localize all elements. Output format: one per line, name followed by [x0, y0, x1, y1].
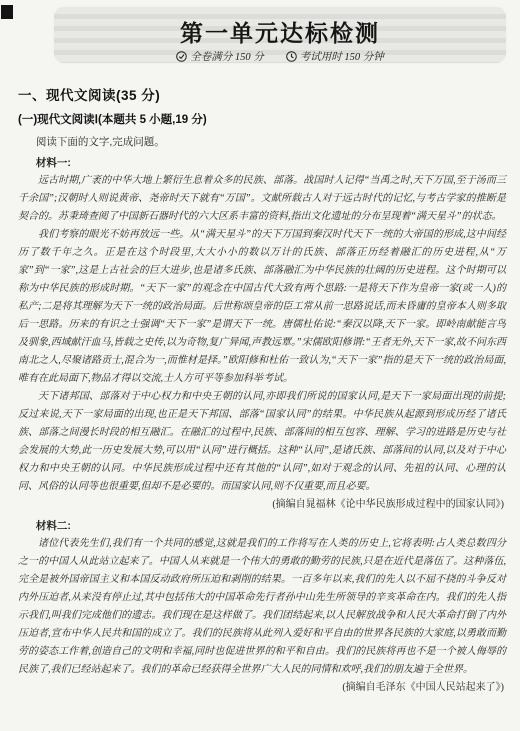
page-corner-print-mark	[1, 5, 13, 19]
exam-title-banner: 第一单元达标检测 全卷满分 150 分 考试用时 150 分钟	[54, 7, 506, 63]
material-1-paragraph: 天下诸邦国、部落对于中心权力和中央王朝的认同,亦即我们所说的国家认同,是天下一家…	[18, 388, 506, 496]
material-1-label: 材料一:	[18, 155, 506, 170]
exam-meta-row: 全卷满分 150 分 考试用时 150 分钟	[54, 49, 506, 64]
exam-title: 第一单元达标检测	[54, 15, 506, 48]
material-1-paragraph: 远古时期,广袤的中华大地上繁衍生息着众多的民族、部落。战国时人记得“当禹之时,天…	[18, 172, 506, 226]
material-2-label: 材料二:	[18, 518, 506, 533]
section-heading-modern-reading: 一、现代文阅读(35 分)	[18, 84, 506, 104]
exam-time-text: 考试用时 150 分钟	[300, 49, 384, 64]
exam-time-meta: 考试用时 150 分钟	[286, 49, 384, 64]
full-score-meta: 全卷满分 150 分	[176, 49, 264, 64]
material-2-paragraph: 诸位代表先生们,我们有一个共同的感觉,这就是我们的工作将写在人类的历史上,它将表…	[18, 535, 506, 679]
reading-instruction: 阅读下面的文字,完成问题。	[18, 134, 506, 149]
exam-content: 一、现代文阅读(35 分) (一)现代文阅读Ⅰ(本题共 5 小题,19 分) 阅…	[18, 84, 506, 697]
material-1-paragraph: 我们考察的眼光不妨再放远一些。从“满天星斗”的天下万国到秦汉时代天下一统的大帝国…	[18, 226, 506, 388]
material-2-source: (摘编自毛泽东《中国人民站起来了》)	[18, 679, 506, 697]
subsection-heading-reading-1: (一)现代文阅读Ⅰ(本题共 5 小题,19 分)	[18, 111, 506, 127]
full-score-text: 全卷满分 150 分	[190, 49, 264, 64]
clock-circle-icon	[286, 51, 297, 62]
check-circle-icon	[176, 51, 187, 62]
material-1-source: (摘编自晁福林《论中华民族形成过程中的国家认同》)	[18, 496, 506, 514]
